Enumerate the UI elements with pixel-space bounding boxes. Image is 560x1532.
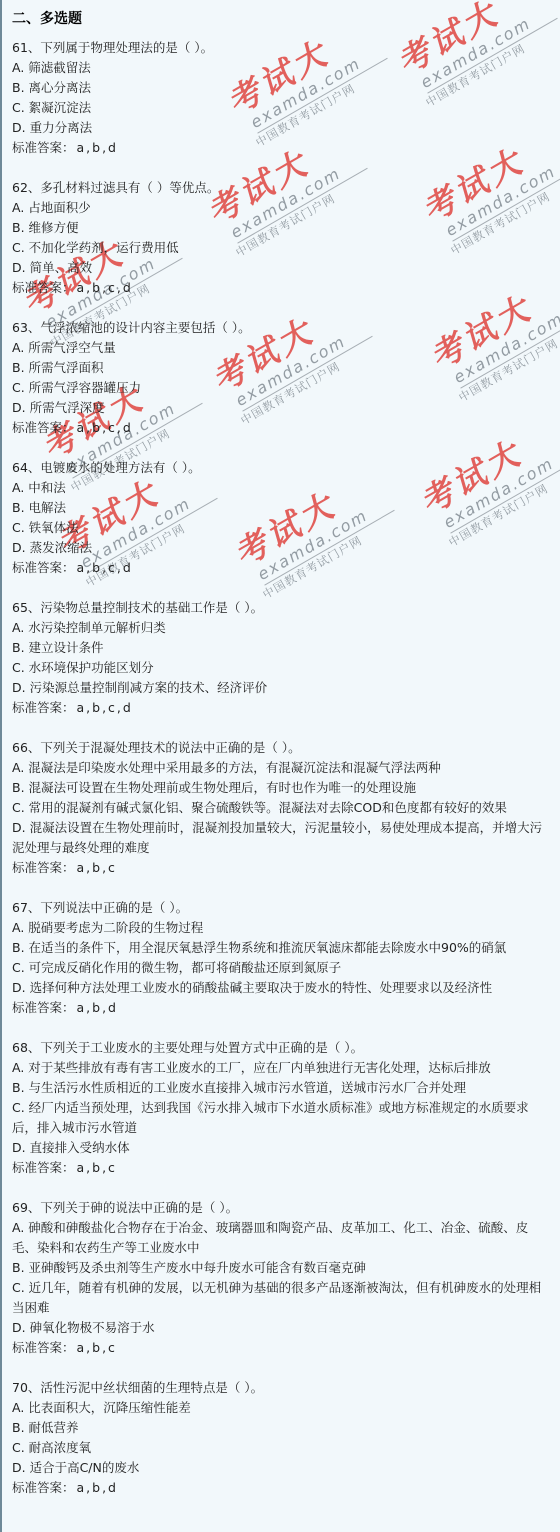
- question-block: 66、下列关于混凝处理技术的说法中正确的是（ ）。 A. 混凝法是印染废水处理中…: [12, 738, 548, 878]
- option-row: C. 可完成反硝化作用的微生物，都可将硝酸盐还原到氮原子: [12, 958, 548, 978]
- option-list: A. 混凝法是印染废水处理中采用最多的方法，有混凝沉淀法和混凝气浮法两种 B. …: [12, 758, 548, 858]
- question-block: 67、下列说法中正确的是（ ）。 A. 脱硝要考虑为二阶段的生物过程 B. 在适…: [12, 898, 548, 1018]
- answer-line: 标准答案：a,b,d: [12, 998, 548, 1018]
- option-list: A. 筛滤截留法 B. 离心分离法 C. 絮凝沉淀法 D. 重力分离法: [12, 58, 548, 138]
- option-row: C. 絮凝沉淀法: [12, 98, 548, 118]
- option-row: A. 占地面积少: [12, 198, 548, 218]
- option-row: B. 所需气浮面积: [12, 358, 548, 378]
- answer-line: 标准答案：a,b,c: [12, 1338, 548, 1358]
- question-text: 66、下列关于混凝处理技术的说法中正确的是（ ）。: [12, 738, 548, 758]
- question-block: 61、下列属于物理处理法的是（ ）。 A. 筛滤截留法 B. 离心分离法 C. …: [12, 38, 548, 158]
- answer-line: 标准答案：a,b,c: [12, 858, 548, 878]
- answer-label: 标准答案：: [12, 140, 75, 155]
- answer-label: 标准答案：: [12, 1000, 75, 1015]
- option-row: A. 砷酸和砷酸盐化合物存在于冶金、玻璃器皿和陶瓷产品、皮革加工、化工、冶金、硫…: [12, 1218, 548, 1258]
- answer-value: a,b,c: [75, 1160, 117, 1175]
- option-row: A. 中和法: [12, 478, 548, 498]
- question-text: 61、下列属于物理处理法的是（ ）。: [12, 38, 548, 58]
- option-row: C. 不加化学药剂，运行费用低: [12, 238, 548, 258]
- answer-label: 标准答案：: [12, 420, 75, 435]
- answer-value: a,b,c,d: [75, 280, 133, 295]
- option-row: B. 与生活污水性质相近的工业废水直接排入城市污水管道，送城市污水厂合并处理: [12, 1078, 548, 1098]
- exam-page: 考试大 examda.com 中国教育考试门户网 考试大 examda.com …: [0, 0, 560, 1532]
- option-row: A. 比表面积大，沉降压缩性能差: [12, 1398, 548, 1418]
- option-row: D. 污染源总量控制削减方案的技术、经济评价: [12, 678, 548, 698]
- option-row: C. 所需气浮容器罐压力: [12, 378, 548, 398]
- answer-label: 标准答案：: [12, 1340, 75, 1355]
- question-text: 67、下列说法中正确的是（ ）。: [12, 898, 548, 918]
- answer-value: a,b,d: [75, 140, 118, 155]
- question-block: 68、下列关于工业废水的主要处理与处置方式中正确的是（ ）。 A. 对于某些排放…: [12, 1038, 548, 1178]
- answer-label: 标准答案：: [12, 560, 75, 575]
- question-block: 70、活性污泥中丝状细菌的生理特点是（ ）。 A. 比表面积大，沉降压缩性能差 …: [12, 1378, 548, 1498]
- question-list: 61、下列属于物理处理法的是（ ）。 A. 筛滤截留法 B. 离心分离法 C. …: [12, 38, 548, 1498]
- option-row: B. 维修方便: [12, 218, 548, 238]
- question-text: 70、活性污泥中丝状细菌的生理特点是（ ）。: [12, 1378, 548, 1398]
- answer-label: 标准答案：: [12, 280, 75, 295]
- question-text: 65、污染物总量控制技术的基础工作是（ ）。: [12, 598, 548, 618]
- option-row: D. 所需气浮深度: [12, 398, 548, 418]
- option-row: B. 亚砷酸钙及杀虫剂等生产废水中每升废水可能含有数百毫克砷: [12, 1258, 548, 1278]
- option-row: A. 对于某些排放有毒有害工业废水的工厂，应在厂内单独进行无害化处理，达标后排放: [12, 1058, 548, 1078]
- option-row: C. 铁氧体法: [12, 518, 548, 538]
- answer-label: 标准答案：: [12, 1480, 75, 1495]
- question-block: 63、气浮浓缩池的设计内容主要包括（ ）。 A. 所需气浮空气量 B. 所需气浮…: [12, 318, 548, 438]
- question-block: 69、下列关于砷的说法中正确的是（ ）。 A. 砷酸和砷酸盐化合物存在于冶金、玻…: [12, 1198, 548, 1358]
- option-row: D. 混凝法设置在生物处理前时，混凝剂投加量较大，污泥量较小，易使处理成本提高，…: [12, 818, 548, 858]
- answer-label: 标准答案：: [12, 700, 75, 715]
- question-block: 65、污染物总量控制技术的基础工作是（ ）。 A. 水污染控制单元解析归类 B.…: [12, 598, 548, 718]
- option-row: B. 混凝法可设置在生物处理前或生物处理后，有时也作为唯一的处理设施: [12, 778, 548, 798]
- option-list: A. 水污染控制单元解析归类 B. 建立设计条件 C. 水环境保护功能区划分 D…: [12, 618, 548, 698]
- question-text: 63、气浮浓缩池的设计内容主要包括（ ）。: [12, 318, 548, 338]
- option-row: D. 适合于高C/N的废水: [12, 1458, 548, 1478]
- answer-value: a,b,d: [75, 1000, 118, 1015]
- option-row: C. 近几年，随着有机砷的发展，以无机砷为基础的很多产品逐渐被淘汰，但有机砷废水…: [12, 1278, 548, 1318]
- option-row: D. 重力分离法: [12, 118, 548, 138]
- option-row: D. 简单、高效: [12, 258, 548, 278]
- answer-line: 标准答案：a,b,c,d: [12, 558, 548, 578]
- answer-label: 标准答案：: [12, 860, 75, 875]
- option-row: C. 耐高浓度氧: [12, 1438, 548, 1458]
- answer-value: a,b,c,d: [75, 700, 133, 715]
- answer-line: 标准答案：a,b,d: [12, 138, 548, 158]
- option-list: A. 对于某些排放有毒有害工业废水的工厂，应在厂内单独进行无害化处理，达标后排放…: [12, 1058, 548, 1158]
- answer-line: 标准答案：a,b,c: [12, 1158, 548, 1178]
- option-row: D. 砷氧化物极不易溶于水: [12, 1318, 548, 1338]
- exam-content: 二、多选题 61、下列属于物理处理法的是（ ）。 A. 筛滤截留法 B. 离心分…: [2, 0, 560, 1532]
- option-row: A. 所需气浮空气量: [12, 338, 548, 358]
- option-row: B. 离心分离法: [12, 78, 548, 98]
- option-row: C. 水环境保护功能区划分: [12, 658, 548, 678]
- answer-line: 标准答案：a,b,c,d: [12, 418, 548, 438]
- answer-value: a,b,c: [75, 1340, 117, 1355]
- answer-value: a,b,c: [75, 860, 117, 875]
- option-row: A. 脱硝要考虑为二阶段的生物过程: [12, 918, 548, 938]
- answer-value: a,b,d: [75, 1480, 118, 1495]
- section-title: 二、多选题: [12, 8, 548, 30]
- option-row: D. 直接排入受纳水体: [12, 1138, 548, 1158]
- question-text: 68、下列关于工业废水的主要处理与处置方式中正确的是（ ）。: [12, 1038, 548, 1058]
- option-row: B. 电解法: [12, 498, 548, 518]
- question-block: 62、多孔材料过滤具有（ ）等优点。 A. 占地面积少 B. 维修方便 C. 不…: [12, 178, 548, 298]
- option-row: B. 在适当的条件下，用全混厌氧悬浮生物系统和推流厌氧滤床都能去除废水中90%的…: [12, 938, 548, 958]
- option-row: C. 经厂内适当预处理，达到我国《污水排入城市下水道水质标准》或地方标准规定的水…: [12, 1098, 548, 1138]
- option-row: A. 混凝法是印染废水处理中采用最多的方法，有混凝沉淀法和混凝气浮法两种: [12, 758, 548, 778]
- option-list: A. 所需气浮空气量 B. 所需气浮面积 C. 所需气浮容器罐压力 D. 所需气…: [12, 338, 548, 418]
- option-list: A. 脱硝要考虑为二阶段的生物过程 B. 在适当的条件下，用全混厌氧悬浮生物系统…: [12, 918, 548, 998]
- question-text: 69、下列关于砷的说法中正确的是（ ）。: [12, 1198, 548, 1218]
- option-row: B. 耐低营养: [12, 1418, 548, 1438]
- option-row: C. 常用的混凝剂有碱式氯化铝、聚合硫酸铁等。混凝法对去除COD和色度都有较好的…: [12, 798, 548, 818]
- answer-line: 标准答案：a,b,c,d: [12, 698, 548, 718]
- answer-value: a,b,c,d: [75, 560, 133, 575]
- question-text: 62、多孔材料过滤具有（ ）等优点。: [12, 178, 548, 198]
- question-block: 64、电镀废水的处理方法有（ ）。 A. 中和法 B. 电解法 C. 铁氧体法 …: [12, 458, 548, 578]
- answer-line: 标准答案：a,b,d: [12, 1478, 548, 1498]
- question-text: 64、电镀废水的处理方法有（ ）。: [12, 458, 548, 478]
- option-row: A. 筛滤截留法: [12, 58, 548, 78]
- option-row: D. 蒸发浓缩法: [12, 538, 548, 558]
- option-list: A. 中和法 B. 电解法 C. 铁氧体法 D. 蒸发浓缩法: [12, 478, 548, 558]
- option-row: A. 水污染控制单元解析归类: [12, 618, 548, 638]
- option-list: A. 砷酸和砷酸盐化合物存在于冶金、玻璃器皿和陶瓷产品、皮革加工、化工、冶金、硫…: [12, 1218, 548, 1338]
- option-list: A. 占地面积少 B. 维修方便 C. 不加化学药剂，运行费用低 D. 简单、高…: [12, 198, 548, 278]
- option-row: D. 选择何种方法处理工业废水的硝酸盐碱主要取决于废水的特性、处理要求以及经济性: [12, 978, 548, 998]
- answer-line: 标准答案：a,b,c,d: [12, 278, 548, 298]
- answer-label: 标准答案：: [12, 1160, 75, 1175]
- option-row: B. 建立设计条件: [12, 638, 548, 658]
- answer-value: a,b,c,d: [75, 420, 133, 435]
- option-list: A. 比表面积大，沉降压缩性能差 B. 耐低营养 C. 耐高浓度氧 D. 适合于…: [12, 1398, 548, 1478]
